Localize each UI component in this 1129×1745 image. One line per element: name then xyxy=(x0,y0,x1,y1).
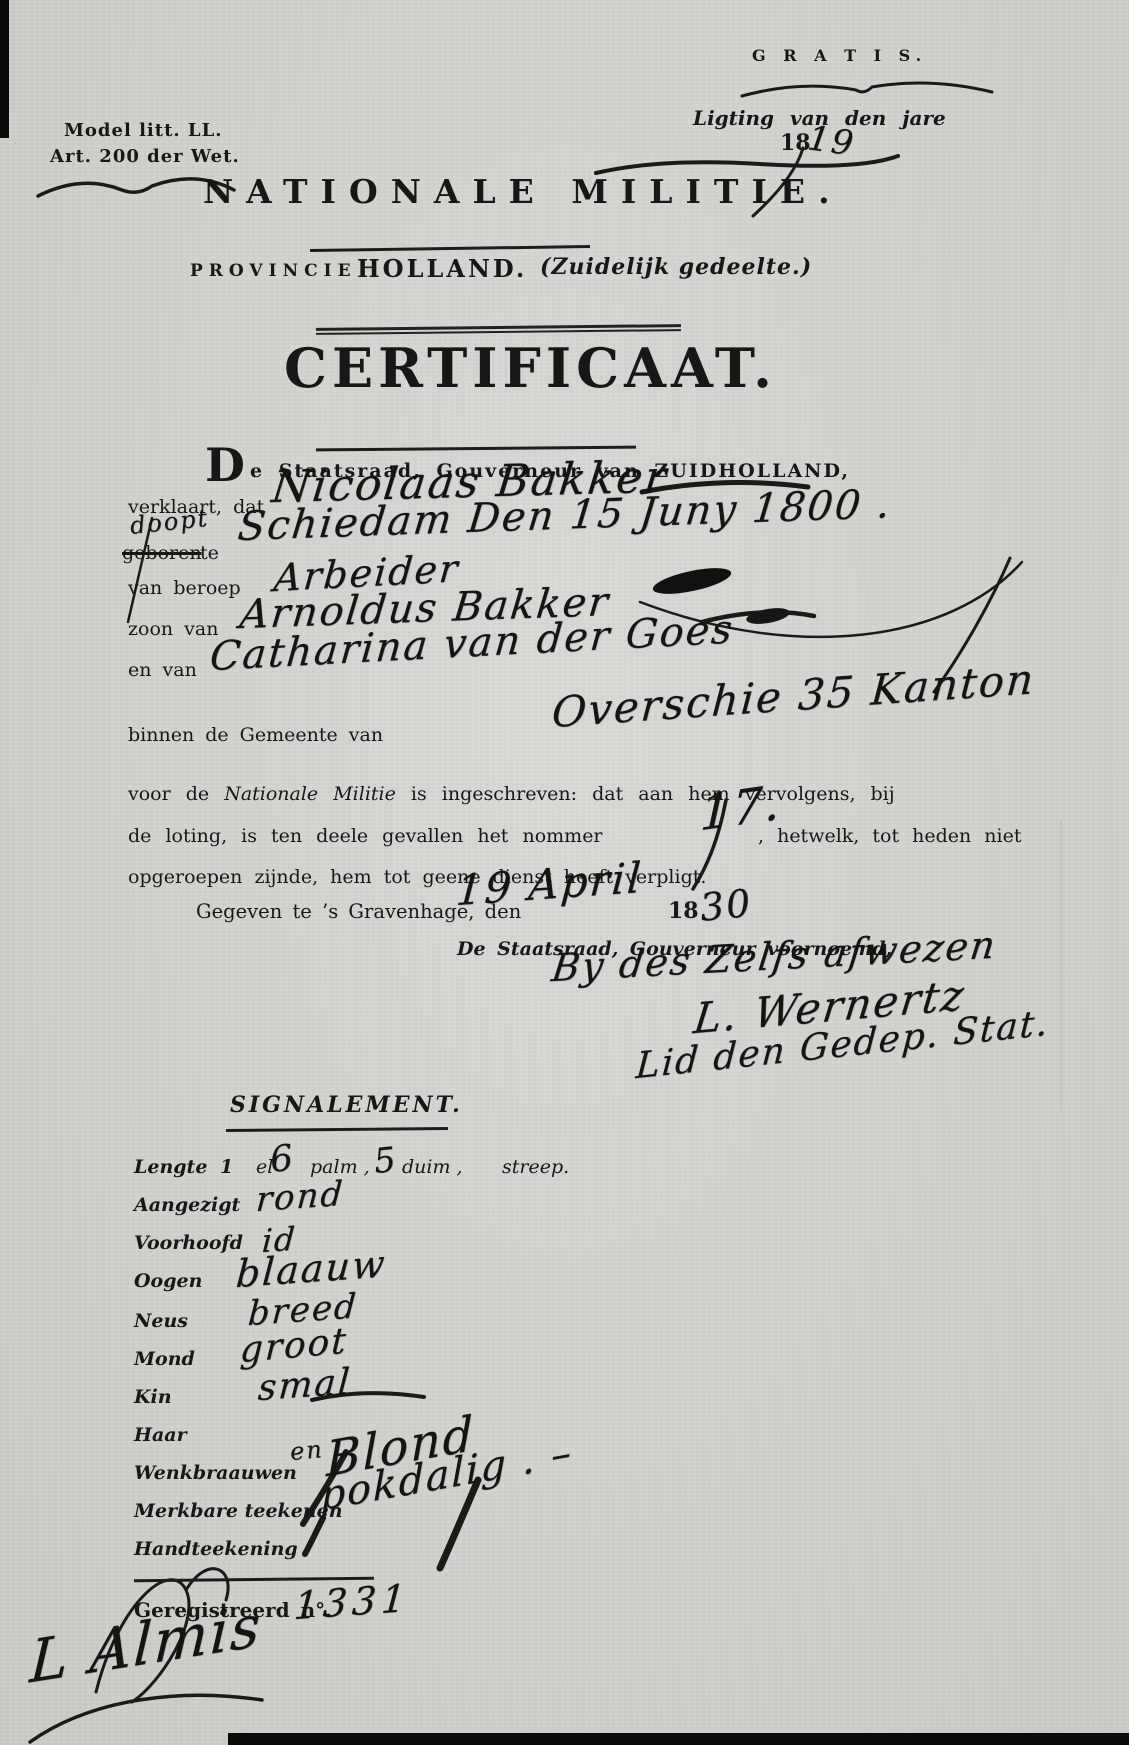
year-printed: 18 xyxy=(668,898,699,924)
gemeente-label: binnen de Gemeente van xyxy=(128,724,383,746)
kin-value-handwritten: smal xyxy=(257,1361,353,1409)
geboren-label: geboren xyxy=(122,542,202,564)
merkbare-teekenen-label: Merkbare teekenen xyxy=(134,1500,343,1522)
aangezigt-value-handwritten: rond xyxy=(255,1174,346,1220)
haar-label: Haar xyxy=(134,1424,187,1446)
date-handwritten: 19 April xyxy=(454,853,644,915)
wenkbraauwen-label: Wenkbraauwen xyxy=(134,1462,297,1484)
flourish-under-gratis xyxy=(742,83,992,96)
certificaat-bottom-rule xyxy=(316,446,636,451)
para1-post: is ingeschreven: dat aan hem vervolgens,… xyxy=(411,783,895,805)
lengte-duim-label: duim , xyxy=(402,1156,463,1178)
flourish-geregistreerd-loop xyxy=(186,1569,228,1600)
neus-label: Neus xyxy=(134,1310,188,1332)
scan-edge-artifact-left xyxy=(0,0,9,138)
para1-pre: voor de xyxy=(128,783,209,805)
paper-crease xyxy=(1060,820,1062,1110)
gratis-label: G R A T I S. xyxy=(752,46,927,65)
para1-italic: Nationale Militie xyxy=(224,783,396,805)
gemeente-handwritten: Overschie 35 Kanton xyxy=(550,654,1037,737)
mond-label: Mond xyxy=(134,1348,195,1370)
en-van-label: en van xyxy=(128,659,197,681)
scan-edge-artifact-bottom xyxy=(228,1733,1129,1745)
handteekening-label: Handteekening xyxy=(134,1538,298,1560)
kin-label: Kin xyxy=(134,1386,172,1408)
model-reference-line2: Art. 200 der Wet. xyxy=(50,146,240,167)
year-handwritten: 30 xyxy=(698,881,755,930)
oogen-label: Oogen xyxy=(134,1270,202,1292)
beroep-label: van beroep xyxy=(128,577,241,599)
ligting-year-handwritten: 19 xyxy=(805,118,857,164)
paragraph-line2-pre: de loting, is ten deele gevallen het nom… xyxy=(128,825,603,847)
signalement-title: SIGNALEMENT. xyxy=(230,1092,463,1118)
ink-blob-father xyxy=(745,605,791,626)
certificaat-top-rule xyxy=(316,324,681,335)
scanned-certificate-page: G R A T I S. Ligting van den jare 18 19 … xyxy=(0,0,1129,1745)
certificaat-title: CERTIFICAAT. xyxy=(284,336,777,400)
te-label: te xyxy=(200,542,219,564)
provincie-part: (Zuidelijk gedeelte.) xyxy=(540,254,812,280)
document-main-title: NATIONALE MILITIE. xyxy=(203,172,843,211)
paragraph-line2-post: , hetwelk, tot heden niet xyxy=(758,825,1021,847)
lengte-streep-label: streep. xyxy=(502,1156,569,1178)
oogen-value-handwritten: blaauw xyxy=(234,1241,388,1296)
opening-dropcap: D xyxy=(205,438,245,492)
title-underline xyxy=(310,245,590,252)
voorhoofd-label: Voorhoofd xyxy=(134,1232,243,1254)
aangezigt-label: Aangezigt xyxy=(134,1194,240,1216)
model-reference-line1: Model litt. LL. xyxy=(64,120,223,141)
lengte-el-value-handwritten: 6 xyxy=(268,1138,297,1181)
provincie-name: HOLLAND. xyxy=(357,254,527,283)
geregistreerd-number-handwritten: 1331 xyxy=(292,1576,412,1628)
lengte-label: Lengte 1 xyxy=(134,1156,233,1178)
provincie-label: PROVINCIE xyxy=(190,261,357,281)
zoon-van-label: zoon van xyxy=(128,618,218,640)
signalement-underline xyxy=(226,1127,448,1132)
ink-blob-arbeider xyxy=(651,563,733,599)
lengte-palm-value-handwritten: 5 xyxy=(372,1140,400,1182)
flourish-pokdalig-descender xyxy=(305,1518,323,1554)
